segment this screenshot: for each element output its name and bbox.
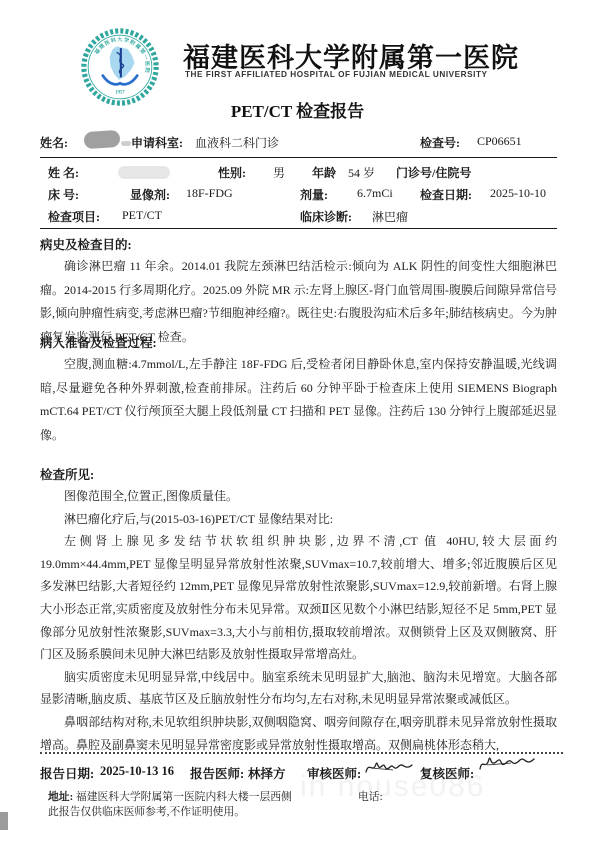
patient-name-redaction [83, 130, 120, 149]
tracer-value: 18F-FDG [186, 186, 233, 201]
findings-paragraph: 图像范围全,位置正,图像质量佳。 [40, 485, 557, 508]
address-label: 地址: [48, 791, 73, 803]
findings-title: 检查所见: [40, 466, 557, 485]
preparation-body: 空腹,测血糖:4.7mmol/L,左手静注 18F-FDG 后,受检者闭目静卧休… [40, 353, 557, 447]
history-section: 病史及检查目的: 确诊淋巴瘤 11 年余。2014.01 我院左颈淋巴结活检示:… [40, 236, 557, 349]
recheck-doctor-signature [477, 753, 537, 777]
request-dept-value: 血液科二科门诊 [195, 134, 279, 151]
dose-value: 6.7mCi [357, 186, 393, 201]
address-line: 地址: 福建医科大学附属第一医院内科大楼一层西侧 [48, 789, 292, 804]
gender-label: 性别: [218, 164, 246, 181]
findings-paragraph: 淋巴瘤化疗后,与(2015-03-16)PET/CT 显像结果对比: [40, 508, 557, 531]
age-value: 54 岁 [348, 164, 375, 181]
tracer-label: 显像剂: [130, 186, 170, 203]
scan-artifact-box [0, 812, 8, 830]
preparation-title: 病人准备及检查过程: [40, 334, 557, 353]
info-name-redaction [118, 166, 170, 179]
exam-item-value: PET/CT [122, 208, 162, 223]
visit-no-label: 门诊号/住院号 [396, 164, 471, 181]
patient-name-redaction-mark [121, 141, 131, 146]
clinical-diagnosis-value: 淋巴瘤 [372, 208, 408, 225]
logo-year: 1957 [115, 91, 125, 96]
age-label: 年龄 [312, 164, 336, 181]
name-label: 姓名: [40, 134, 68, 151]
info-name-label: 姓 名: [48, 164, 79, 181]
exam-date-value: 2025-10-10 [490, 186, 546, 201]
report-date-label: 报告日期: [40, 764, 94, 782]
request-dept-label: 申请科室: [131, 134, 183, 151]
exam-no-value: CP06651 [477, 134, 522, 149]
preparation-section: 病人准备及检查过程: 空腹,测血糖:4.7mmol/L,左手静注 18F-FDG… [40, 334, 557, 447]
report-title: PET/CT 检查报告 [0, 97, 595, 122]
phone-label: 电话: [358, 789, 383, 804]
clinical-diagnosis-label: 临床诊断: [300, 208, 352, 225]
findings-paragraph: 鼻咽部结构对称,未见软组织肿块影,双侧咽隐窝、咽旁间隙存在,咽旁肌群未见异常放射… [40, 711, 557, 756]
address-value: 福建医科大学附属第一医院内科大楼一层西侧 [76, 791, 292, 803]
bed-label: 床 号: [48, 186, 79, 203]
divider-line [40, 157, 557, 158]
report-doctor-label: 报告医师: [190, 764, 244, 782]
petct-report-page: in house086 福建医科大学附属第一医院 1957 福建医科大学附属第一… [0, 0, 595, 842]
exam-item-label: 检查项目: [48, 208, 100, 225]
findings-section: 检查所见: 图像范围全,位置正,图像质量佳。 淋巴瘤化疗后,与(2015-03-… [40, 466, 557, 756]
recheck-doctor-label: 复核医师: [420, 764, 474, 782]
disclaimer-text: 此报告仅供临床医师参考,不作证明使用。 [48, 804, 245, 819]
report-doctor-value: 林择方 [248, 764, 286, 782]
gender-value: 男 [273, 164, 285, 181]
review-doctor-label: 审核医师: [307, 764, 361, 782]
findings-paragraph: 脑实质密度未见明显异常,中线居中。脑室系统未见明显扩大,脑池、脑沟未见增宽。大脑… [40, 666, 557, 711]
exam-no-label: 检查号: [420, 134, 460, 151]
divider-line [40, 228, 557, 229]
review-doctor-signature [363, 757, 415, 779]
findings-paragraph: 左侧肾上腺见多发结节状软组织肿块影,边界不清,CT 值 40HU,较大层面约 1… [40, 530, 557, 666]
report-date-value: 2025-10-13 16 [100, 764, 174, 779]
dose-label: 剂量: [300, 186, 328, 203]
history-title: 病史及检查目的: [40, 236, 557, 255]
hospital-name-english: THE FIRST AFFILIATED HOSPITAL OF FUJIAN … [185, 70, 488, 79]
exam-date-label: 检查日期: [420, 186, 472, 203]
